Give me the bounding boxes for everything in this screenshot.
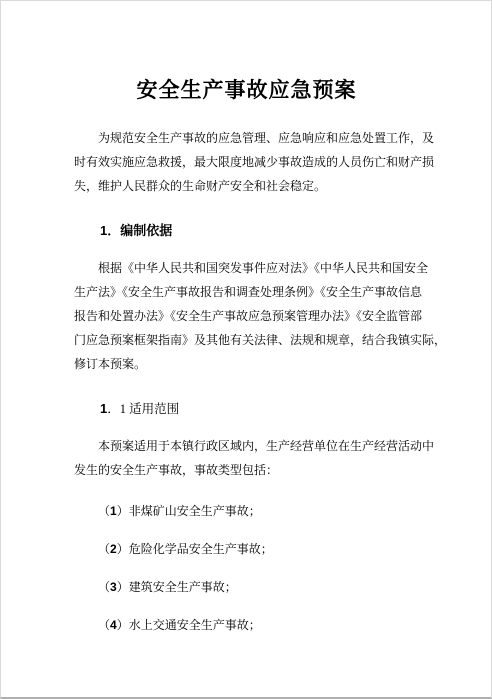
accident-type-item: （3）建筑安全生产事故； — [74, 575, 419, 599]
text-line: 为规范安全生产事故的应急管理、应急响应和应急处置工作，及 — [74, 126, 419, 150]
intro-paragraph: 为规范安全生产事故的应急管理、应急响应和应急处置工作，及 时有效实施应急救援，最… — [74, 126, 419, 198]
item-number: 1 — [110, 504, 117, 518]
item-paren-open: （ — [98, 504, 110, 518]
section-1-1-heading: 1．1 适用范围 — [74, 397, 419, 421]
item-paren-close: ） — [117, 618, 129, 632]
item-paren-open: （ — [98, 580, 110, 594]
accident-type-item: （2）危险化学品安全生产事故； — [74, 537, 419, 561]
section-1-paragraph: 根据《中华人民共和国突发事件应对法》《中华人民共和国安全 生产法》《安全生产事故… — [74, 256, 419, 376]
accident-type-item: （1）非煤矿山安全生产事故； — [74, 499, 419, 523]
item-text: 建筑安全生产事故； — [129, 580, 237, 594]
text-line: 本预案适用于本镇行政区域内，生产经营单位在生产经营活动中 — [74, 434, 419, 458]
section-1-heading: 1．编制依据 — [74, 219, 419, 243]
item-text: 危险化学品安全生产事故； — [129, 542, 273, 556]
text-line: 修订本预案。 — [74, 352, 419, 376]
item-paren-open: （ — [98, 542, 110, 556]
item-text: 非煤矿山安全生产事故； — [129, 504, 261, 518]
text-line: 报告和处置办法》《安全生产事故应急预案管理办法》《安全监管部 — [74, 304, 419, 328]
item-paren-close: ） — [117, 504, 129, 518]
item-paren-open: （ — [98, 618, 110, 632]
text-line: 根据《中华人民共和国突发事件应对法》《中华人民共和国安全 — [74, 256, 419, 280]
document-content: 安全生产事故应急预案 为规范安全生产事故的应急管理、应急响应和应急处置工作，及 … — [1, 1, 491, 637]
item-text: 水上交通安全生产事故； — [129, 618, 261, 632]
text-line: 时有效实施应急救援，最大限度地减少事故造成的人员伤亡和财产损 — [74, 150, 419, 174]
section-1-heading-text: 1．编制依据 — [100, 223, 172, 238]
document-title: 安全生产事故应急预案 — [74, 76, 419, 106]
text-line: 门应急预案框架指南》及其他有关法律、法规和规章，结合我镇实际， — [74, 328, 419, 352]
text-line: 失，维护人民群众的生命财产安全和社会稳定。 — [74, 174, 419, 198]
section-1-1-paragraph: 本预案适用于本镇行政区域内，生产经营单位在生产经营活动中 发生的安全生产事故，事… — [74, 434, 419, 482]
text-line: 生产法》《安全生产事故报告和调查处理条例》《安全生产事故信息 — [74, 280, 419, 304]
section-title-text: ．1 适用范围 — [107, 402, 179, 416]
item-paren-close: ） — [117, 580, 129, 594]
item-number: 4 — [110, 618, 117, 632]
text-line: 发生的安全生产事故，事故类型包括： — [74, 458, 419, 482]
item-number: 2 — [110, 542, 117, 556]
item-paren-close: ） — [117, 542, 129, 556]
item-number: 3 — [110, 580, 117, 594]
document-page: 安全生产事故应急预案 为规范安全生产事故的应急管理、应急响应和应急处置工作，及 … — [0, 0, 492, 699]
accident-type-item: （4）水上交通安全生产事故； — [74, 613, 419, 637]
